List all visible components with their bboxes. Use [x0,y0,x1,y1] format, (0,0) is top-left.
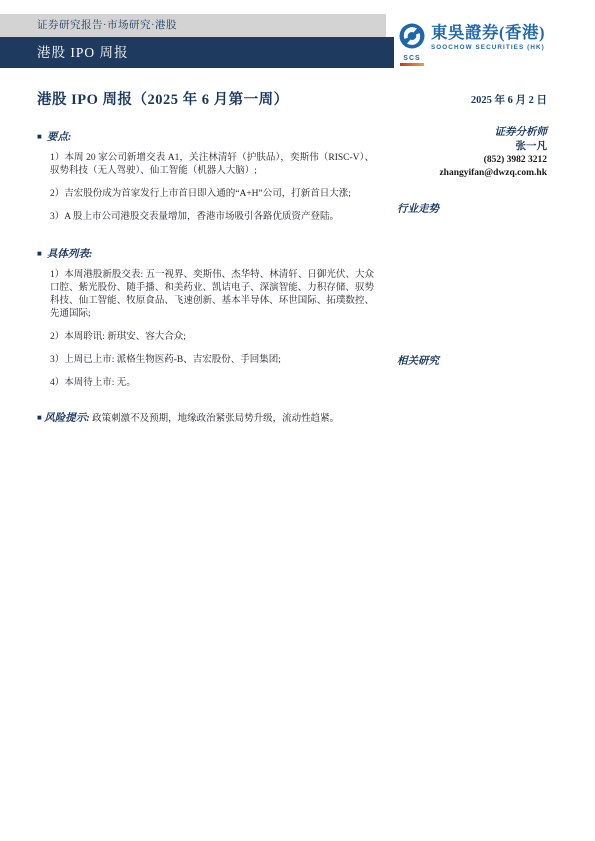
key-point-item: 2）吉宏股份成为首家发行上市首日即入通的“A+H”公司，打新首日大涨; [50,188,374,201]
logo-scs-text: SCS [403,55,420,62]
analyst-phone: (852) 3982 3212 [397,154,547,167]
risk-label: 风险提示: [44,413,90,424]
soochow-swirl-icon [399,23,425,54]
company-logo: SCS 東吳證券(香港) SOOCHOW SECURITIES (HK) [397,23,565,67]
main-content: ■ 要点: 1）本周 20 家公司新增交表 A1，关注林清轩（护肤品），奕斯伟（… [37,129,374,426]
logo-emblem-column: SCS [397,23,427,66]
key-points-label: 要点: [47,129,72,144]
key-points-heading: ■ 要点: [37,129,374,144]
related-research-heading: 相关研究 [397,353,439,368]
detail-list-item: 1）本周港股新股交表: 五一视界、奕斯伟、杰华特、林清轩、日御光伏、大众口腔、紫… [50,269,374,321]
report-kicker: 证券研究报告·市场研究·港股 [0,14,386,37]
section-detail-list: ■ 具体列表: 1）本周港股新股交表: 五一视界、奕斯伟、杰华特、林清轩、日御光… [37,246,374,390]
detail-list-item: 4）本周待上市: 无。 [50,377,374,390]
section-key-points: ■ 要点: 1）本周 20 家公司新增交表 A1，关注林清轩（护肤品），奕斯伟（… [37,129,374,224]
section-risk: ■ 风险提示: 政策刺激不及预期，地缘政治紧张局势升级，流动性趋紧。 [37,412,374,426]
report-date: 2025 年 6 月 2 日 [397,92,547,107]
detail-list-heading: ■ 具体列表: [37,246,374,261]
analyst-name: 张一凡 [397,140,547,154]
square-bullet-icon: ■ [37,132,42,141]
report-page: 证券研究报告·市场研究·港股 港股 IPO 周报 SCS 東吳證券(香港) SO… [0,0,595,841]
risk-text: 政策刺激不及预期，地缘政治紧张局势升级，流动性趋紧。 [92,414,339,424]
detail-list-label: 具体列表: [47,246,93,261]
logo-text-column: 東吳證券(香港) SOOCHOW SECURITIES (HK) [431,23,545,52]
page-title: 港股 IPO 周报（2025 年 6 月第一周） [37,88,289,109]
square-bullet-icon: ■ [37,249,42,258]
report-banner-title: 港股 IPO 周报 [0,37,394,68]
key-point-item: 3）A 股上市公司港股交表量增加，香港市场吸引各路优质资产登陆。 [50,211,374,224]
logo-accent-underline [400,63,424,66]
analyst-email-link[interactable]: zhangyifan@dwzq.com.hk [397,167,547,180]
detail-list-item: 3）上周已上市: 派格生物医药-B、吉宏股份、手回集团; [50,354,374,367]
detail-list-item: 2）本周聆讯: 新琪安、容大合众; [50,331,374,344]
logo-name-en: SOOCHOW SECURITIES (HK) [431,43,545,52]
square-bullet-icon: ■ [37,413,42,422]
analyst-block: 证券分析师 张一凡 (852) 3982 3212 zhangyifan@dwz… [397,126,547,179]
logo-name-cn: 東吳證券(香港) [431,23,545,43]
industry-trend-heading: 行业走势 [397,201,439,216]
key-point-item: 1）本周 20 家公司新增交表 A1，关注林清轩（护肤品），奕斯伟（RISC-V… [50,152,374,178]
analyst-heading: 证券分析师 [397,126,547,140]
